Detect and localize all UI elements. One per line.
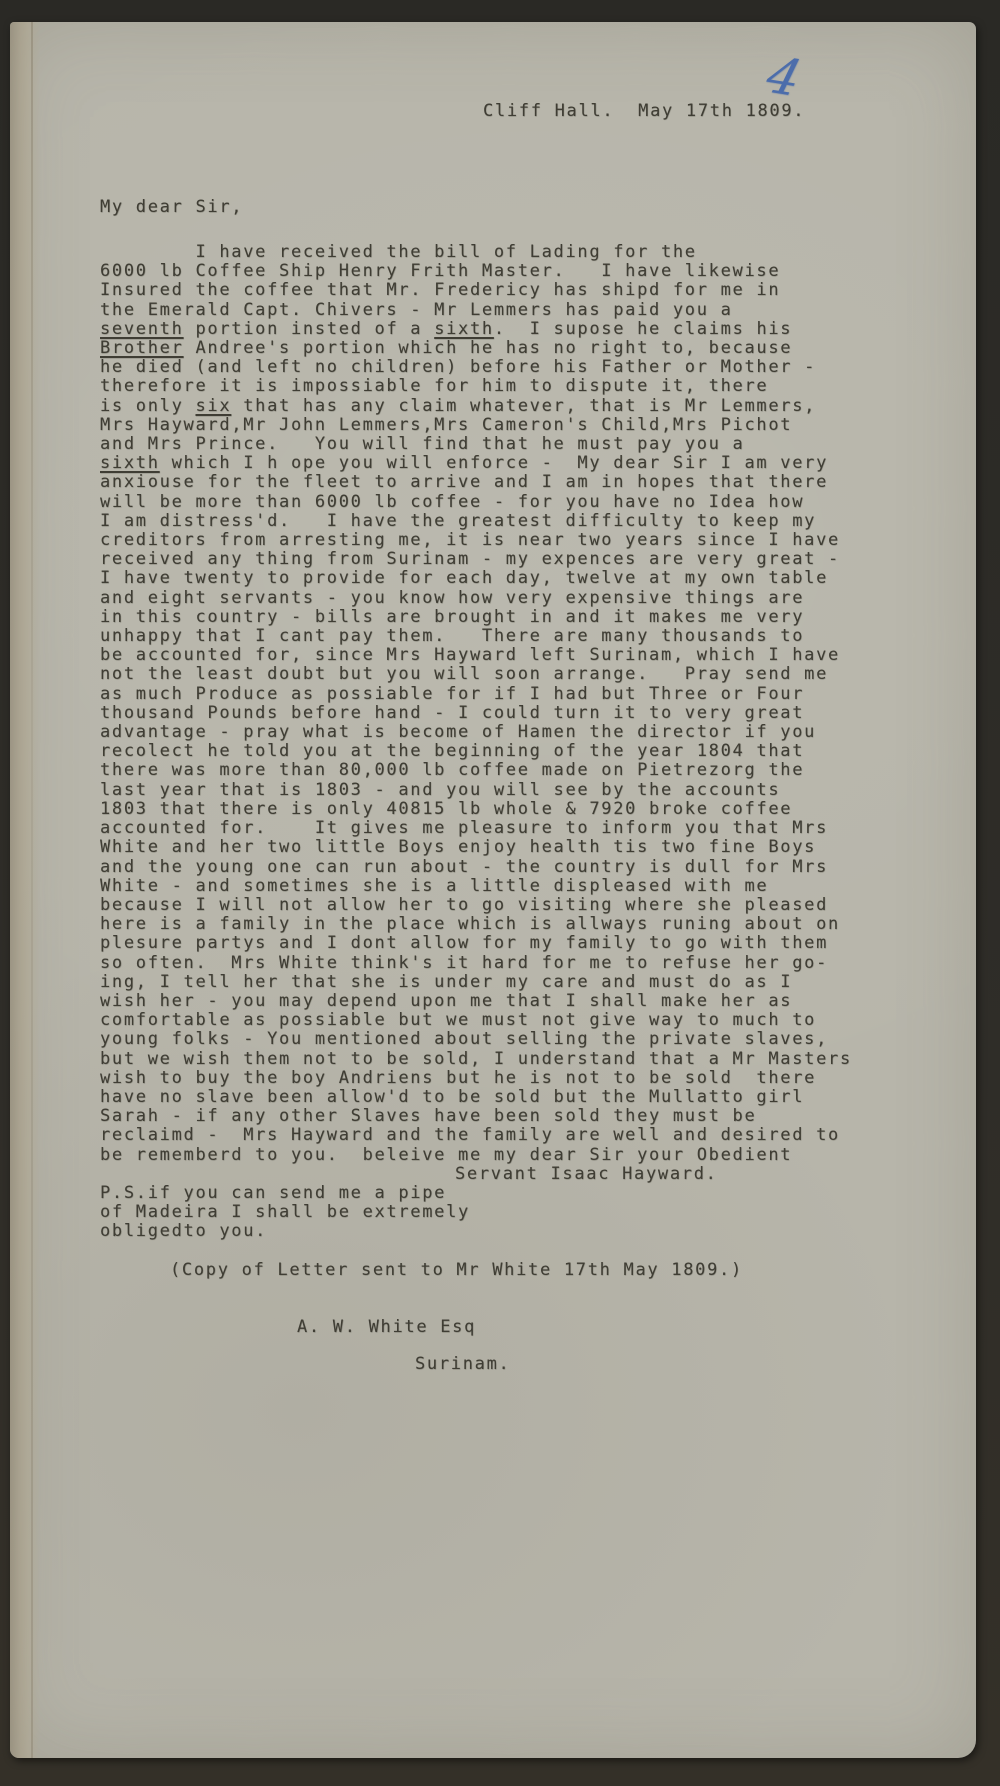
letter-line: there was more than 80,000 lb coffee mad… bbox=[100, 761, 960, 780]
letter-line: and Mrs Prince. You will find that he mu… bbox=[100, 435, 960, 454]
letter-line: so often. Mrs White think's it hard for … bbox=[100, 954, 960, 973]
dateline: Cliff Hall. May 17th 1809. bbox=[483, 101, 805, 121]
letter-line: plesure partys and I dont allow for my f… bbox=[100, 934, 960, 953]
letter-line: will be more than 6000 lb coffee - for y… bbox=[100, 493, 960, 512]
letter-line: Mrs Hayward,Mr John Lemmers,Mrs Cameron'… bbox=[100, 416, 960, 435]
letter-line: not the least doubt but you will soon ar… bbox=[100, 665, 960, 684]
copy-note: (Copy of Letter sent to Mr White 17th Ma… bbox=[100, 1261, 960, 1280]
letter-line: I have twenty to provide for each day, t… bbox=[100, 569, 960, 588]
letter-line: but we wish them not to be sold, I under… bbox=[100, 1050, 960, 1069]
signature-line: Servant Isaac Hayward. bbox=[100, 1165, 960, 1184]
letter-body: I have received the bill of Lading for t… bbox=[100, 243, 960, 1165]
underlined-word: seventh bbox=[100, 319, 184, 339]
letter-line: P.S.if you can send me a pipe bbox=[100, 1184, 960, 1203]
text-segment: which I h ope you will enforce - My dear… bbox=[160, 453, 828, 473]
letter-line: he died (and left no children) before hi… bbox=[100, 358, 960, 377]
letter-line: young folks - You mentioned about sellin… bbox=[100, 1030, 960, 1049]
letter-line: because I will not allow her to go visit… bbox=[100, 896, 960, 915]
letter-line: accounted for. It gives me pleasure to i… bbox=[100, 819, 960, 838]
letter-line: and the young one can run about - the co… bbox=[100, 858, 960, 877]
letter-line: obligedto you. bbox=[100, 1222, 960, 1241]
letter-line: be accounted for, since Mrs Hayward left… bbox=[100, 646, 960, 665]
letter-line: 1803 that there is only 40815 lb whole &… bbox=[100, 800, 960, 819]
letter-line: is only six that has any claim whatever,… bbox=[100, 397, 960, 416]
letter-line: wish her - you may depend upon me that I… bbox=[100, 992, 960, 1011]
letter-line: Sarah - if any other Slaves have been so… bbox=[100, 1107, 960, 1126]
addressee-name: A. W. White Esq bbox=[100, 1318, 960, 1337]
letter-line: seventh portion insted of a sixth. I sup… bbox=[100, 320, 960, 339]
addressee-location: Surinam. bbox=[100, 1355, 960, 1374]
letter-line: the Emerald Capt. Chivers - Mr Lemmers h… bbox=[100, 301, 960, 320]
letter-line: 6000 lb Coffee Ship Henry Frith Master. … bbox=[100, 262, 960, 281]
letter-line: ing, I tell her that she is under my car… bbox=[100, 973, 960, 992]
letter-line: therefore it is impossiable for him to d… bbox=[100, 377, 960, 396]
letter-line: comfortable as possiable but we must not… bbox=[100, 1011, 960, 1030]
letter-line: have no slave been allow'd to be sold bu… bbox=[100, 1088, 960, 1107]
text-segment: Andree's portion which he has no right t… bbox=[184, 338, 793, 358]
letter-line: Brother Andree's portion which he has no… bbox=[100, 339, 960, 358]
letter-line: Insured the coffee that Mr. Fredericy ha… bbox=[100, 281, 960, 300]
letter-line: advantage - pray what is become of Hamen… bbox=[100, 723, 960, 742]
letter-line: received any thing from Surinam - my exp… bbox=[100, 550, 960, 569]
letter-line: as much Produce as possiable for if I ha… bbox=[100, 685, 960, 704]
text-segment: that has any claim whatever, that is Mr … bbox=[231, 396, 816, 416]
letter-line: reclaimd - Mrs Hayward and the family ar… bbox=[100, 1126, 960, 1145]
letter-line: White and her two little Boys enjoy heal… bbox=[100, 838, 960, 857]
letter-line: in this country - bills are brought in a… bbox=[100, 608, 960, 627]
text-segment: . I supose he claims his bbox=[494, 319, 792, 339]
underlined-word: Brother bbox=[100, 338, 184, 358]
underlined-word: sixth bbox=[100, 453, 160, 473]
letter-content: I have received the bill of Lading for t… bbox=[100, 243, 960, 1374]
letter-line: sixth which I h ope you will enforce - M… bbox=[100, 454, 960, 473]
letter-line: here is a family in the place which is a… bbox=[100, 915, 960, 934]
text-segment: is only bbox=[100, 396, 195, 416]
letter-line: creditors from arresting me, it is near … bbox=[100, 531, 960, 550]
page-left-edge bbox=[10, 22, 40, 1758]
letter-line: and eight servants - you know how very e… bbox=[100, 589, 960, 608]
letter-page: 4 Cliff Hall. May 17th 1809. My dear Sir… bbox=[10, 22, 976, 1758]
letter-line: I have received the bill of Lading for t… bbox=[100, 243, 960, 262]
letter-line: recolect he told you at the beginning of… bbox=[100, 742, 960, 761]
letter-line: unhappy that I cant pay them. There are … bbox=[100, 627, 960, 646]
letter-line: of Madeira I shall be extremely bbox=[100, 1203, 960, 1222]
underlined-word: sixth bbox=[434, 319, 494, 339]
letter-line: last year that is 1803 - and you will se… bbox=[100, 781, 960, 800]
letter-line: anxiouse for the fleet to arrive and I a… bbox=[100, 473, 960, 492]
page-number-annotation: 4 bbox=[761, 46, 808, 107]
page-fold-line bbox=[31, 22, 33, 1758]
text-segment: portion insted of a bbox=[184, 319, 435, 339]
underlined-word: six bbox=[195, 396, 231, 416]
postscript: P.S.if you can send me a pipeof Madeira … bbox=[100, 1184, 960, 1242]
letter-line: thousand Pounds before hand - I could tu… bbox=[100, 704, 960, 723]
letter-line: I am distress'd. I have the greatest dif… bbox=[100, 512, 960, 531]
letter-line: wish to buy the boy Andriens but he is n… bbox=[100, 1069, 960, 1088]
letter-line: White - and sometimes she is a little di… bbox=[100, 877, 960, 896]
letter-line: be rememberd to you. beleive me my dear … bbox=[100, 1146, 960, 1165]
salutation: My dear Sir, bbox=[100, 197, 243, 217]
